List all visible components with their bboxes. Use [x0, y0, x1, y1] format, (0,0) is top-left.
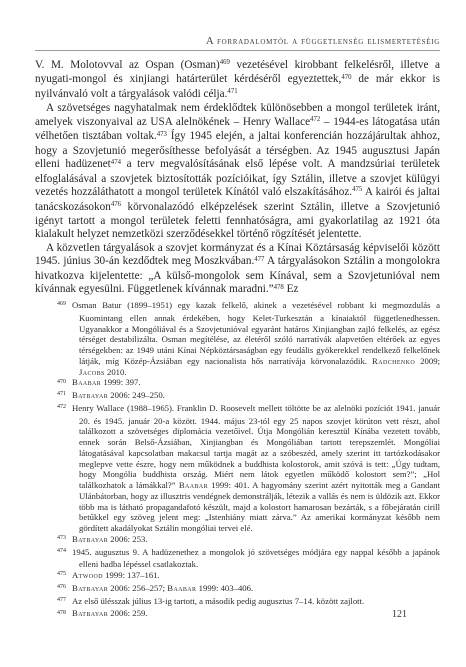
footnote-473: 473Batbayar 2006: 253.: [57, 534, 440, 547]
footnote-469: 469Osman Batur (1899–1951) egy kazak fel…: [57, 300, 440, 377]
footnote-text: Batbayar 2006: 253.: [72, 534, 147, 544]
paragraph: V. M. Molotovval az Ospan (Osman)469 vez…: [35, 59, 440, 102]
footnote-text: Henry Wallace (1988–1965). Franklin D. R…: [72, 403, 440, 533]
footnote-number: 473: [57, 535, 66, 541]
footnote-number: 475: [57, 571, 66, 577]
footnote-text: Batbayar 2006: 249–250.: [72, 390, 165, 400]
book-page: A forradalomtól a függetlenség elismerte…: [0, 0, 466, 667]
paragraph: A közvetlen tárgyalások a szovjet kormán…: [35, 242, 440, 298]
footnote-471: 471Batbayar 2006: 249–250.: [57, 390, 440, 403]
footnote-475: 475Atwood 1999: 137–161.: [57, 570, 440, 583]
footnote-text: Osman Batur (1899–1951) egy kazak felkel…: [72, 300, 440, 377]
paragraph: A szövetséges nagyhatalmak nem érdeklődt…: [35, 102, 440, 242]
footnote-470: 470Baabar 1999: 397.: [57, 377, 440, 390]
footnotes-section: 469Osman Batur (1899–1951) egy kazak fel…: [57, 300, 440, 621]
body-text: V. M. Molotovval az Ospan (Osman)469 vez…: [35, 59, 440, 298]
footnote-number: 476: [57, 584, 66, 590]
footnote-476: 476Batbayar 2006: 256–257; Baabar 1999: …: [57, 583, 440, 596]
footnote-474: 4741945. augusztus 9. A hadüzenethez a m…: [57, 547, 440, 571]
footnote-number: 469: [57, 301, 66, 307]
page-number: 121: [0, 609, 407, 620]
footnote-number: 477: [57, 597, 66, 603]
footnote-472: 472Henry Wallace (1988–1965). Franklin D…: [57, 403, 440, 534]
footnote-477: 477Az első ülésszak július 13-ig tartott…: [57, 596, 440, 609]
footnote-text: Baabar 1999: 397.: [72, 377, 141, 387]
footnote-text: 1945. augusztus 9. A hadüzenethez a mong…: [72, 547, 440, 570]
footnote-number: 474: [57, 548, 66, 554]
footnote-text: Batbayar 2006: 256–257; Baabar 1999: 403…: [72, 583, 253, 593]
footnote-number: 472: [57, 404, 66, 410]
chapter-title: A forradalomtól a függetlenség elismerte…: [35, 36, 440, 47]
footnote-text: Atwood 1999: 137–161.: [72, 570, 160, 580]
footnote-number: 471: [57, 391, 66, 397]
running-header: A forradalomtól a függetlenség elismerte…: [35, 36, 440, 51]
footnote-text: Az első ülésszak július 13-ig tartott, a…: [72, 596, 364, 606]
footnote-number: 470: [57, 379, 66, 385]
